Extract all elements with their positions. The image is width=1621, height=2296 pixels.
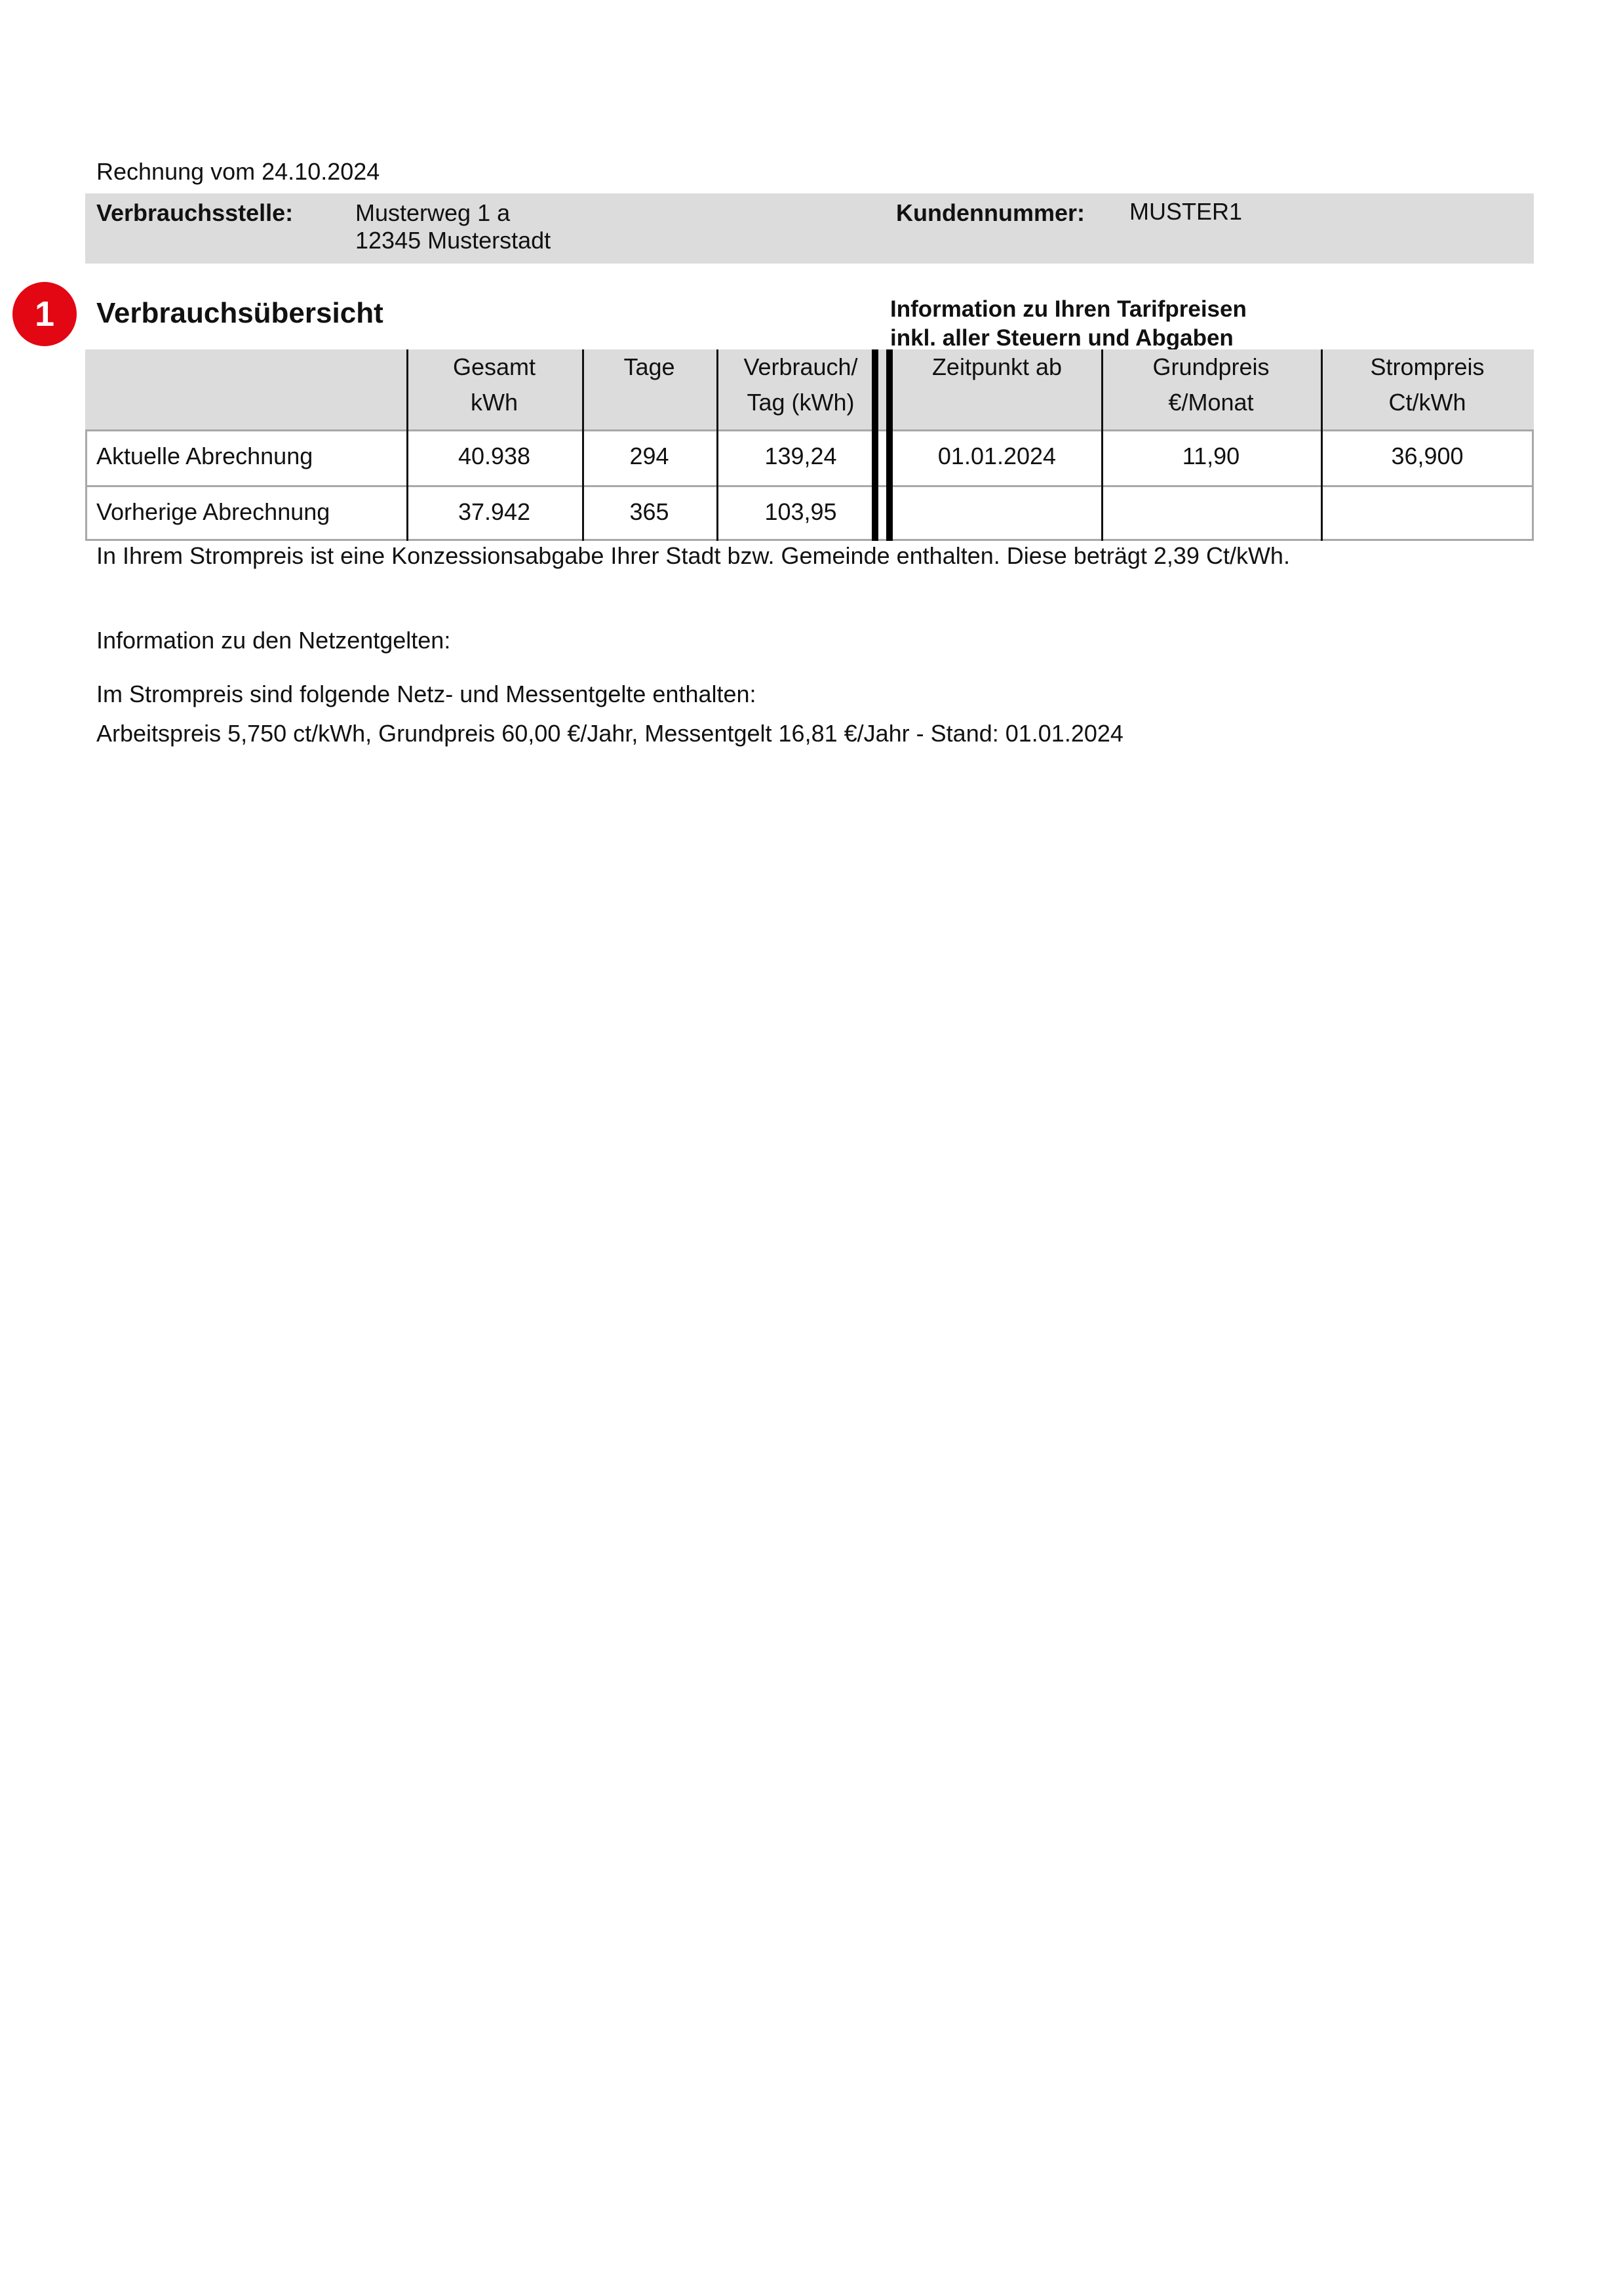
header-line-2: Tag (kWh) bbox=[716, 385, 885, 420]
table-cell-gesamt-kwh: 40.938 bbox=[406, 439, 582, 474]
kundennummer-label: Kundennummer: bbox=[896, 199, 1085, 228]
header-line-2 bbox=[85, 349, 406, 385]
netzentgelte-heading: Information zu den Netzentgelten: bbox=[96, 626, 450, 655]
netzentgelte-intro: Im Strompreis sind folgende Netz- und Me… bbox=[96, 680, 756, 709]
kundennummer-value: MUSTER1 bbox=[1129, 197, 1242, 226]
table-cell-verbrauch-tag: 103,95 bbox=[716, 494, 885, 530]
verbrauchsstelle-label: Verbrauchsstelle: bbox=[96, 199, 293, 228]
header-line-1: Grundpreis bbox=[1101, 349, 1321, 385]
header-line-2 bbox=[893, 385, 1101, 420]
konzession-note: In Ihrem Strompreis ist eine Konzessions… bbox=[96, 542, 1290, 570]
table-outer-edge bbox=[85, 429, 87, 541]
header-line-1: Gesamt bbox=[406, 349, 582, 385]
table-column-divider bbox=[406, 349, 408, 541]
header-line-1: Zeitpunkt ab bbox=[893, 349, 1101, 385]
table-cell-zeitpunkt-ab: 01.01.2024 bbox=[893, 439, 1101, 474]
address-line-1: Musterweg 1 a bbox=[355, 199, 510, 228]
table-header-cell: Grundpreis€/Monat bbox=[1101, 349, 1321, 420]
table-cell-verbrauch-tag: 139,24 bbox=[716, 439, 885, 474]
section-number-badge-icon: 1 bbox=[12, 282, 77, 346]
address-line-2: 12345 Musterstadt bbox=[355, 226, 551, 255]
table-column-divider bbox=[1321, 349, 1323, 541]
table-header-cell: Zeitpunkt ab bbox=[893, 349, 1101, 420]
header-line-1: Tage bbox=[582, 349, 716, 385]
table-column-divider bbox=[582, 349, 584, 541]
header-line-1: Verbrauch/ bbox=[716, 349, 885, 385]
table-column-divider bbox=[1101, 349, 1103, 541]
header-line-2: Ct/kWh bbox=[1321, 385, 1534, 420]
table-row-divider bbox=[85, 429, 1534, 431]
table-row-divider bbox=[85, 539, 1534, 541]
table-header-cell: Verbrauch/Tag (kWh) bbox=[716, 349, 885, 420]
table-column-divider bbox=[716, 349, 718, 541]
table-cell-tage: 365 bbox=[582, 494, 716, 530]
header-line-2: kWh bbox=[406, 385, 582, 420]
netzentgelte-details: Arbeitspreis 5,750 ct/kWh, Grundpreis 60… bbox=[96, 719, 1123, 748]
table-row-label: Vorherige Abrechnung bbox=[96, 494, 406, 530]
tarif-info-heading: Information zu Ihren Tarifpreisen inkl. … bbox=[890, 295, 1247, 351]
table-header-cell bbox=[85, 349, 406, 385]
table-cell-gesamt-kwh: 37.942 bbox=[406, 494, 582, 530]
table-row-label: Aktuelle Abrechnung bbox=[96, 439, 406, 474]
table-cell-tage: 294 bbox=[582, 439, 716, 474]
address-band: Verbrauchsstelle: Musterweg 1 a 12345 Mu… bbox=[85, 193, 1534, 264]
table-header-cell: StrompreisCt/kWh bbox=[1321, 349, 1534, 420]
header-line-2: €/Monat bbox=[1101, 385, 1321, 420]
tarif-heading-line-1: Information zu Ihren Tarifpreisen bbox=[890, 295, 1247, 324]
table-cell-strompreis: 36,900 bbox=[1321, 439, 1534, 474]
consumption-overview-table: GesamtkWhTageVerbrauch/Tag (kWh)Zeitpunk… bbox=[85, 349, 1534, 541]
header-line-2 bbox=[582, 385, 716, 420]
header-line-1: Strompreis bbox=[1321, 349, 1534, 385]
table-section-double-divider bbox=[886, 349, 893, 541]
invoice-date: Rechnung vom 24.10.2024 bbox=[96, 157, 380, 186]
table-header-cell: GesamtkWh bbox=[406, 349, 582, 420]
table-section-double-divider bbox=[872, 349, 878, 541]
section-title: Verbrauchsübersicht bbox=[96, 296, 383, 330]
table-cell-grundpreis: 11,90 bbox=[1101, 439, 1321, 474]
table-outer-edge bbox=[1532, 429, 1534, 541]
table-header-cell: Tage bbox=[582, 349, 716, 420]
tarif-heading-line-2: inkl. aller Steuern und Abgaben bbox=[890, 324, 1247, 351]
table-row-divider bbox=[85, 485, 1534, 487]
